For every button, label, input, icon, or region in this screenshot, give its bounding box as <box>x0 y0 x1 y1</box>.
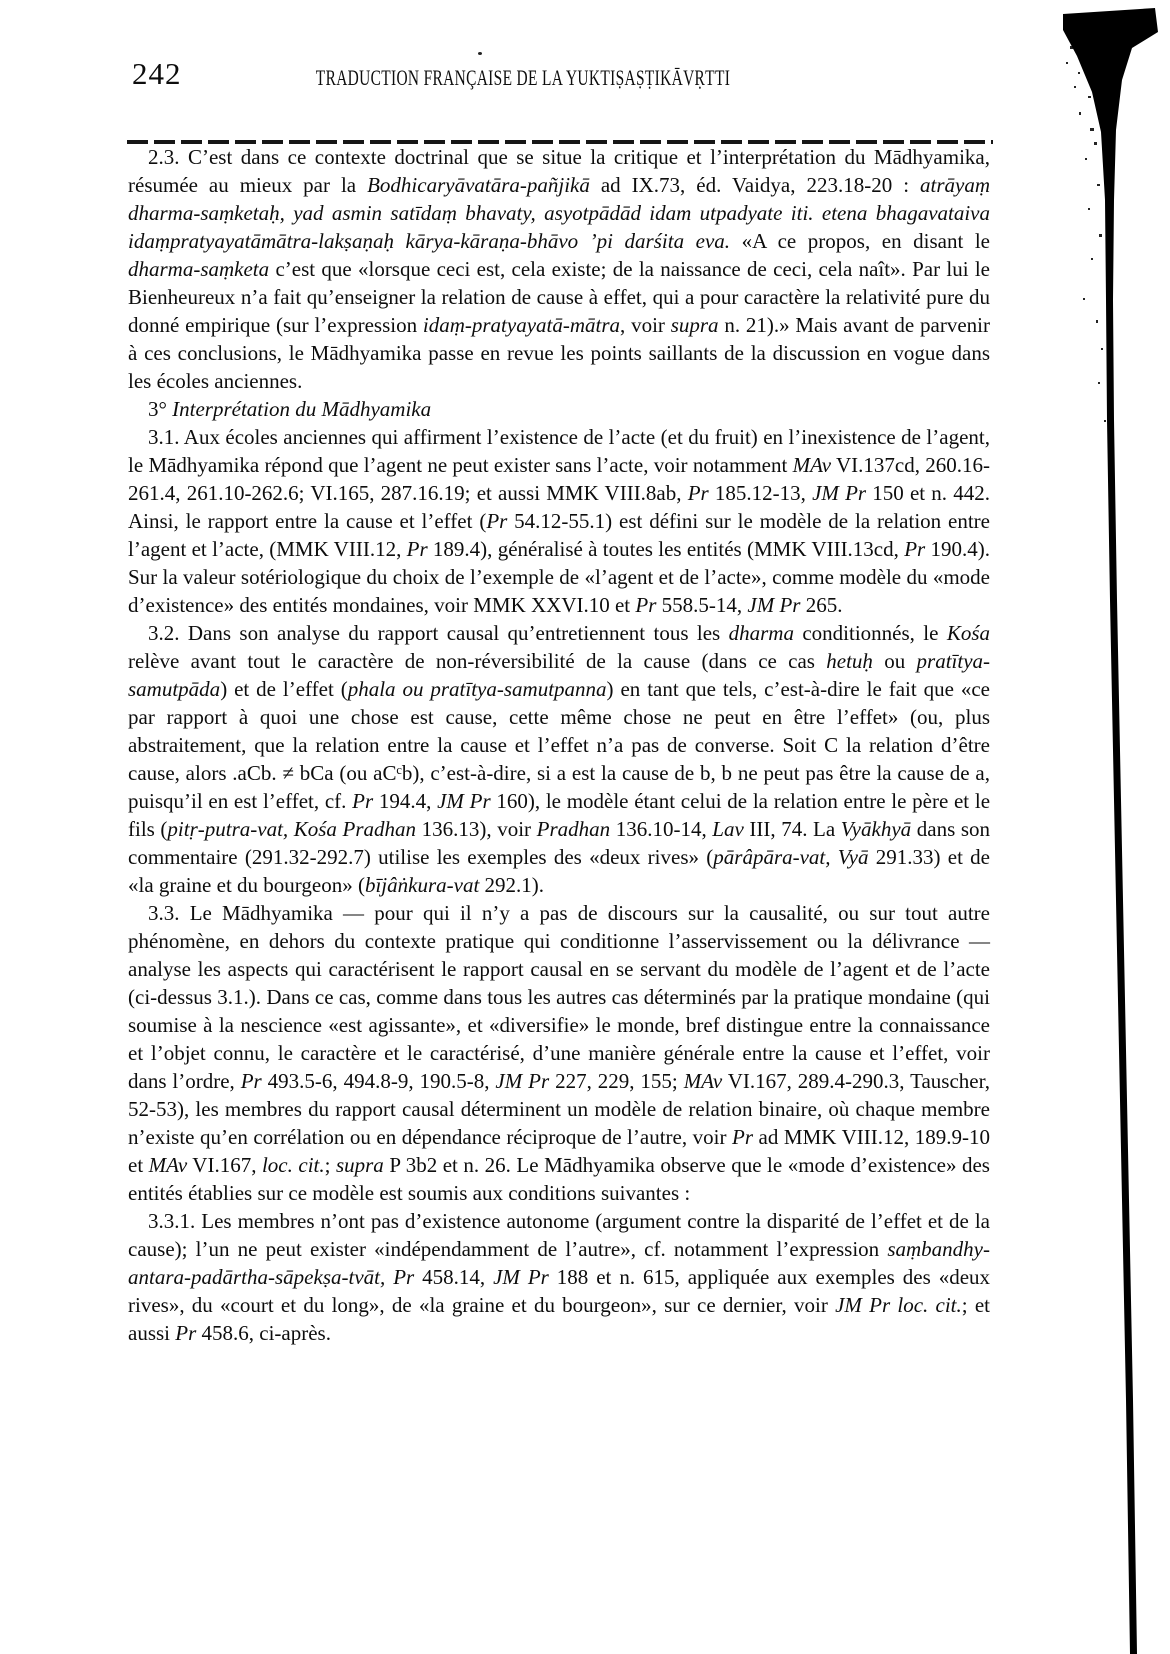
text-run: 493.5-6, 494.8-9, 190.5-8, <box>262 1069 496 1093</box>
text-run: 265. <box>800 593 842 617</box>
text-run: VI.167, <box>187 1153 262 1177</box>
italic-run: JM Pr <box>495 1069 549 1093</box>
text-run: 185.12-13, <box>709 481 812 505</box>
text-run: ou <box>873 649 917 673</box>
italic-run: Pr <box>688 481 709 505</box>
text-body: 2.3. C’est dans ce contexte doctrinal qu… <box>128 143 990 1347</box>
italic-run: JM Pr <box>437 789 491 813</box>
text-run: 3.3.1. Les membres n’ont pas d’existence… <box>128 1209 990 1261</box>
italic-run: MAv <box>684 1069 722 1093</box>
binding-speckle <box>1066 46 1106 422</box>
italic-run: Lav <box>712 817 744 841</box>
italic-run: Pr <box>904 537 925 561</box>
italic-run: MAv <box>149 1153 187 1177</box>
text-run: 458.6, ci-après. <box>196 1321 331 1345</box>
italic-run: loc. cit. <box>262 1153 325 1177</box>
italic-run: supra <box>336 1153 384 1177</box>
text-run <box>385 1265 393 1289</box>
text-run: ; <box>325 1153 336 1177</box>
text-run: III, 74. La <box>744 817 841 841</box>
page-number: 242 <box>132 56 182 92</box>
scan-speck <box>478 52 482 55</box>
paragraph: 3.2. Dans son analyse du rapport causal … <box>128 619 990 899</box>
scanned-book-page: 242 TRADUCTION FRANÇAISE DE LA YUKTIṢAṢṬ… <box>0 0 1170 1654</box>
italic-run: MAv <box>793 453 831 477</box>
italic-run: JM Pr loc. cit. <box>835 1293 962 1317</box>
text-run: ) et de l’effet ( <box>220 677 348 701</box>
paragraph: 3.1. Aux écoles anciennes qui affirment … <box>128 423 990 619</box>
italic-run: Pradhan <box>537 817 611 841</box>
text-run: , voir <box>620 313 671 337</box>
italic-run: Pr <box>407 537 428 561</box>
text-run: 558.5-14, <box>656 593 747 617</box>
paragraph: 2.3. C’est dans ce contexte doctrinal qu… <box>128 143 990 395</box>
text-run: 292.1). <box>479 873 544 897</box>
italic-run: Pr <box>732 1125 753 1149</box>
italic-run: pārâpāra-vat, Vyā <box>713 845 868 869</box>
text-run: conditionnés, le <box>794 621 947 645</box>
italic-run: bījâṅkura-vat <box>365 873 479 897</box>
paragraph: 3.3. Le Mādhyamika — pour qui il n’y a p… <box>128 899 990 1207</box>
paragraph: 3° Interprétation du Mādhyamika <box>128 395 990 423</box>
italic-run: supra <box>671 313 719 337</box>
italic-run: Pr <box>352 789 373 813</box>
italic-run: JM Pr <box>812 481 866 505</box>
text-run: 3° <box>148 397 172 421</box>
text-run: 189.4), généralisé à toutes les entités … <box>428 537 905 561</box>
italic-run: pitṛ-putra-vat, Kośa Pradhan <box>167 817 416 841</box>
italic-run: Bodhicaryāvatāra-pañjikā <box>367 173 590 197</box>
text-run: 136.10-14, <box>610 817 712 841</box>
page-header: 242 TRADUCTION FRANÇAISE DE LA YUKTIṢAṢṬ… <box>128 56 990 96</box>
text-run: 227, 229, 155; <box>549 1069 684 1093</box>
running-title: TRADUCTION FRANÇAISE DE LA YUKTIṢAṢṬIKĀV… <box>247 65 800 91</box>
italic-run: Pr <box>635 593 656 617</box>
text-run: «A ce propos, en disant le <box>730 229 990 253</box>
italic-run: Pr <box>175 1321 196 1345</box>
italic-run: Vyākhyā <box>841 817 911 841</box>
text-run: 194.4, <box>373 789 437 813</box>
italic-run: phala ou pratītya-samutpanna <box>348 677 607 701</box>
italic-run: JM Pr <box>747 593 800 617</box>
italic-run: Interprétation du Mādhyamika <box>172 397 431 421</box>
binding-shadow-shape <box>1063 8 1158 1654</box>
italic-run: dharma-saṃketa <box>128 257 269 281</box>
italic-run: Pr <box>393 1265 414 1289</box>
text-run: 3.3. Le Mādhyamika — pour qui il n’y a p… <box>128 901 990 1093</box>
italic-run: hetuḥ <box>826 649 873 673</box>
italic-run: Pr <box>486 509 507 533</box>
text-run: ad IX.73, éd. Vaidya, 223.18-20 : <box>590 173 920 197</box>
italic-run: idaṃ-pratyayatā-mātra <box>423 313 620 337</box>
text-run: relève avant tout le caractère de non-ré… <box>128 649 826 673</box>
text-run: 3.2. Dans son analyse du rapport causal … <box>148 621 729 645</box>
italic-run: Kośa <box>947 621 990 645</box>
italic-run: dharma <box>729 621 794 645</box>
text-run: 136.13), voir <box>416 817 537 841</box>
italic-run: JM Pr <box>493 1265 549 1289</box>
text-run: 458.14, <box>414 1265 493 1289</box>
paragraph: 3.3.1. Les membres n’ont pas d’existence… <box>128 1207 990 1347</box>
italic-run: Pr <box>241 1069 262 1093</box>
